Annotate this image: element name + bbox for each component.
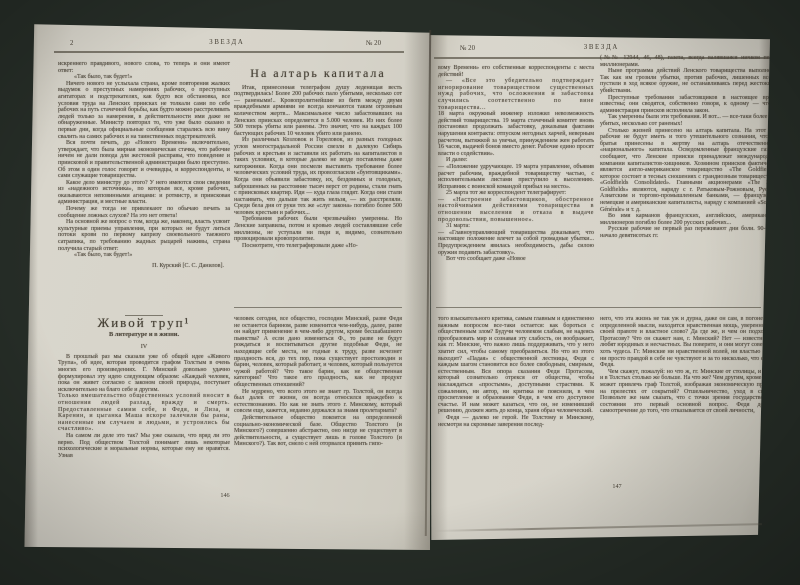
na-altar-text: Итак, принесенная телеграфом душу леденя…: [234, 85, 402, 250]
photo-of-newspaper-spread: { "colors":{"backdrop":"#262d27","page":…: [0, 0, 800, 585]
column-divider-rule: [234, 307, 402, 308]
article-title-na-altar-kapitala: На алтарь капитала: [234, 70, 402, 77]
article-zhivoy-trup: Живой труп¹ В литературе и в жизни. IV В…: [58, 320, 230, 459]
right-page-column-2: (№№ 12944, 46, 48), газета, всегда валяв…: [600, 55, 778, 240]
right-page-column-1-bottom: того взыскательного критика, самым главн…: [438, 316, 594, 428]
issue-number-left-page: № 20: [366, 40, 381, 47]
newspaper-page-left: 2 З В Е З Д А № 20 искреннего правдивого…: [22, 20, 430, 550]
footer-page-number-147: 147: [572, 483, 662, 490]
header-rule: [54, 51, 404, 53]
footer-page-number-146: 146: [180, 492, 270, 499]
left-page-column-2-bottom: человек сегодня, все общество, господин …: [234, 316, 402, 448]
chapter-number: IV: [58, 344, 230, 351]
right-page-column-2-bottom: него, что эта жизнь не так уж и дурна, д…: [600, 316, 778, 415]
band-divider-rule: [436, 307, 761, 308]
newspaper-page-right: № 20 З В Е З Д А вому Времени» его собст…: [430, 28, 771, 540]
left-page-column-1: искреннего правдивого, нового слова, то …: [58, 61, 230, 269]
right-page-column-1: вому Времени» его собственные корреспонд…: [438, 65, 594, 263]
article-title-zhivoy-trup: Живой труп¹: [58, 320, 230, 327]
zhivoy-trup-text: В прошлый раз мы сказали уже об общей ид…: [58, 354, 230, 460]
article-na-altar-kapitala: На алтарь капитала Итак, принесенная тел…: [234, 70, 402, 249]
article-subtitle: В литературе и в жизни.: [58, 332, 230, 339]
masthead-right-page: З В Е З Д А: [430, 44, 771, 51]
